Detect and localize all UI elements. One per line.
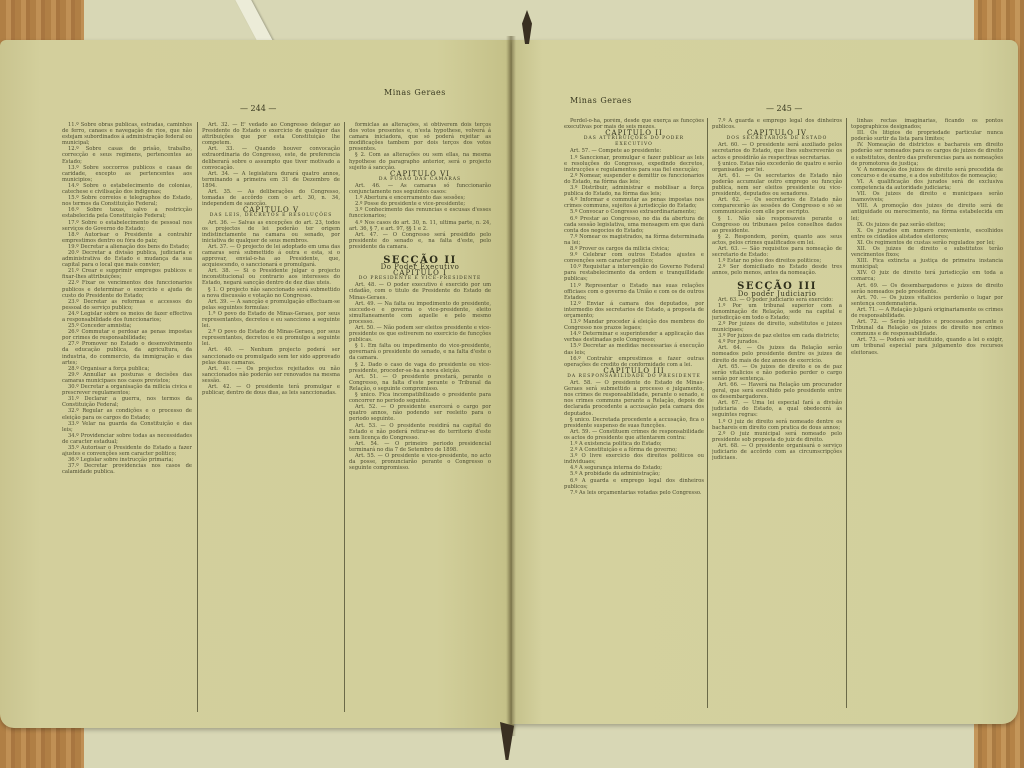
paragraph: Art. 35. — As deliberações do Congresso,… — [202, 189, 340, 207]
paragraph: 35.º Autorisar o Presidente do Estado a … — [62, 445, 192, 457]
paragraph: 5.º Convocar o Congresso extraordinariam… — [564, 209, 704, 215]
paragraph: 26.º Commutar e perdoar as penas imposta… — [62, 329, 192, 341]
paragraph: 31.º Declarar a guerra, nos termos da Co… — [62, 396, 192, 408]
paragraph: Art. 62. — Os secretarios de Estado não … — [712, 197, 842, 215]
paragraph: 3.º O livre exercicio dos direitos polit… — [564, 453, 704, 465]
paragraph: Art. 54. — O primeiro periodo presidenci… — [349, 441, 491, 453]
paragraph: 24.º Legislar sobre os meios de fazer ef… — [62, 311, 192, 323]
paragraph: 2.º Ser domiciliado no Estado desde tres… — [712, 264, 842, 276]
paragraph: X. Os jurados em numero conveniente, esc… — [851, 228, 1003, 240]
paragraph: 29.º Annullar as posturas e decisões das… — [62, 372, 192, 384]
paragraph: 12.º Enviar á camara dos deputados, por … — [564, 301, 704, 319]
column-paragraphs: Art. 63. — O poder judiciario será exerc… — [712, 297, 842, 462]
column-rule — [846, 118, 847, 708]
paragraph: Art. 37. — O projecto de lei adoptado em… — [202, 244, 340, 268]
paragraph: Art. 55. — O presidente e vice-president… — [349, 453, 491, 471]
column-paragraphs: Art. 60. — O presidente será auxiliado p… — [712, 142, 842, 276]
folio-right: — 245 — — [766, 104, 802, 113]
paragraph: 27.º Promover no Estado o desenvolviment… — [62, 341, 192, 365]
paragraph: Art. 50. — Não podem ser eleitos preside… — [349, 325, 491, 343]
paragraph: formiclas as alterações, si obtiverem do… — [349, 122, 491, 152]
paragraph: 3.º Distribuir, administrar e mobilisar … — [564, 185, 704, 197]
paragraph: 15.º Sobre correios e telegraphos do Est… — [62, 195, 192, 207]
column-paragraphs: Art. 58. — O presidente do Estado de Min… — [564, 380, 704, 496]
column-paragraphs: Art. 46. — As camaras só funccionarão co… — [349, 183, 491, 250]
paragraph: XII. Os juizes de direito e substitutos … — [851, 246, 1003, 258]
column-paragraphs: linhas rectas imaginarias, ficando os po… — [851, 118, 1003, 356]
paragraph: IV. Nomeação de districtos e bachareis e… — [851, 142, 1003, 166]
paragraph: § 2. Respondem, porém, quanto aos seus a… — [712, 234, 842, 246]
right-page-column-2: 7.º A guarda e emprego legal dos dinheir… — [712, 118, 842, 718]
paragraph: Art. 42. — O presidente terá promulgar e… — [202, 384, 340, 396]
paragraph: V. A nomeação dos juizes de direito será… — [851, 167, 1003, 179]
paragraph: § 1. O projecto não sanccionado será sub… — [202, 287, 340, 299]
paragraph: 10.º Requisitar a intervenção do Governo… — [564, 264, 704, 282]
paragraph: Art. 34. — A legislatura durará quatro a… — [202, 171, 340, 189]
paragraph: Art. 60. — O presidente será auxiliado p… — [712, 142, 842, 160]
paragraph: Art. 63. — São requisitos para nomeação … — [712, 246, 842, 258]
right-page-column-1: Perdel-o-ha, porém, desde que exerça as … — [564, 118, 704, 718]
paragraph: 13.º Sobre soccorros publicos e casas de… — [62, 165, 192, 183]
column-rule — [197, 122, 198, 712]
paragraph: Art. 66. — Haverá na Relação um procurad… — [712, 382, 842, 400]
paragraph: 11.º Representar o Estado nas suas relaç… — [564, 283, 704, 301]
paragraph: 1.º Por um tribunal superior com a denom… — [712, 303, 842, 321]
paragraph: Art. 41. — Os projectos rejeitados ou nã… — [202, 366, 340, 384]
paragraph: Art. 61. — Os secretarios de Estado não … — [712, 173, 842, 197]
paragraph: Art. 70. — Os juizes vitalicios perderão… — [851, 295, 1003, 307]
paragraph: Art. 58. — O presidente do Estado de Min… — [564, 380, 704, 417]
column-paragraphs: Art. 36. — Salvas as excepções do art. 2… — [202, 220, 340, 397]
paragraph: 17.º Sobre o estabelecimento de pessoal … — [62, 220, 192, 232]
paragraph: Art. 40. — Nenhum projecto poderá ser sa… — [202, 347, 340, 365]
paragraph: XIV. O juiz de direito terá jurisdicção … — [851, 270, 1003, 282]
paragraph: Art. 39. — A sancção e promulgação effec… — [202, 299, 340, 311]
paragraph: 13.º Mandar proceder á eleição dos membr… — [564, 319, 704, 331]
paragraph: Art. 36. — Salvas as excepções do art. 2… — [202, 220, 340, 244]
paragraph: 21.º Crear e supprimir empregos publicos… — [62, 268, 192, 280]
paragraph: 4.º Nos casos do art. 30, n. 11, ultima … — [349, 220, 491, 232]
chapter-subheading: DAS LEIS, DECRETOS E RESOLUÇÕES — [202, 213, 340, 219]
paragraph: Art. 64. — Os juizes da Relação serão no… — [712, 345, 842, 363]
paragraph: 6.º Prestar ao Congresso, no dia da aber… — [564, 216, 704, 234]
paragraph: § unico. Estas não excederão de quatro e… — [712, 161, 842, 173]
paragraph: 14.º Determinar e superintender a applic… — [564, 331, 704, 343]
column-rule — [344, 122, 345, 712]
paragraph: 9.º Celebrar com outros Estados ajustes … — [564, 252, 704, 264]
left-page-column-3: formiclas as alterações, si obtiverem do… — [349, 122, 491, 722]
right-page-column-3: linhas rectas imaginarias, ficando os po… — [851, 118, 1003, 718]
paragraph: 20.º Decretar a divisão publica, judicia… — [62, 250, 192, 268]
paragraph: VI. A qualificação dos jurados será de e… — [851, 179, 1003, 191]
paragraph: 2.º Nomear, suspender e demittir os func… — [564, 173, 704, 185]
paragraph: XIII. Fica extincta a justiça de primeir… — [851, 258, 1003, 270]
paragraph: Art. 65. — Os juizes de direito e os de … — [712, 364, 842, 382]
right-page: Minas Geraes — 245 — Perdel-o-ha, porém,… — [512, 40, 1018, 724]
paragraph: 1.ª O povo do Estado de Minas-Geraes, po… — [202, 311, 340, 329]
paragraph: 37.º Decretar providencias nos casos de … — [62, 463, 192, 475]
paragraph: Art. 48. — O poder executivo é exercido … — [349, 282, 491, 300]
paragraph: Art. 33. — Quando houver convocação extr… — [202, 146, 340, 170]
paragraph: § 1. Em falta ou impedimento do vice-pre… — [349, 343, 491, 361]
column-paragraphs: 11.º Sobre obras publicas, estradas, cam… — [62, 122, 192, 475]
paragraph: § unico. Decretada procedente a accusaçã… — [564, 417, 704, 429]
paragraph: Art. 72. — Serão julgados e processados … — [851, 319, 1003, 337]
paragraph: linhas rectas imaginarias, ficando os po… — [851, 118, 1003, 130]
paragraph: Art. 59. — Constituem crimes de responsa… — [564, 429, 704, 441]
paragraph: 11.º Sobre obras publicas, estradas, cam… — [62, 122, 192, 146]
paragraph: 18.º Autorisar o Presidente a contrahir … — [62, 232, 192, 244]
column-paragraphs: Art. 48. — O poder executivo é exercido … — [349, 282, 491, 471]
paragraph: Art. 51. — O presidente prestará, perant… — [349, 374, 491, 392]
paragraph: Art. 52. — O presidente exercerá o cargo… — [349, 404, 491, 422]
paragraph: 2.ª O povo do Estado de Minas-Geraes, po… — [202, 329, 340, 347]
column-paragraphs: Art. 57. — Compete ao presidente:1.º San… — [564, 148, 704, 367]
paragraph: Art. 68. — O presidente organisará o ser… — [712, 443, 842, 461]
paragraph: 30.º Decretar a organisação da milicia c… — [62, 384, 192, 396]
paragraph: 2.º O juiz municipal será nomeado pelo p… — [712, 431, 842, 443]
chapter-subheading: DAS ATTRIBUIÇÕES DO PODER EXECUTIVO — [564, 136, 704, 148]
paragraph: § unico. Fica incompatibilizado o presid… — [349, 392, 491, 404]
paragraph: 4.º Informar e commutar as penas imposta… — [564, 197, 704, 209]
folio-left: — 244 — — [240, 104, 276, 113]
paragraph: 1.º O juiz de direito será nomeado dentr… — [712, 419, 842, 431]
paragraph: Art. 38. — Si o Presidente julgar o proj… — [202, 268, 340, 286]
paragraph: VIII. A promoção dos juizes de direito s… — [851, 203, 1003, 221]
paragraph: 22.º Fixar os vencimentos dos funccionar… — [62, 280, 192, 298]
column-paragraphs: formiclas as alterações, si obtiverem do… — [349, 122, 491, 171]
paragraph: Art. 46. — As camaras só funccionarão co… — [349, 183, 491, 195]
left-page-column-1: 11.º Sobre obras publicas, estradas, cam… — [62, 122, 192, 722]
paragraph: Art. 71. — A Relação julgará originariam… — [851, 307, 1003, 319]
running-head-right: Minas Geraes — [570, 96, 632, 105]
paragraph: 23.º Decretar as reformas e accessos do … — [62, 299, 192, 311]
paragraph: 14.º Sobre o estabelecimento de colonias… — [62, 183, 192, 195]
paragraph: 7.º Nomear os magistrados, na fórma dete… — [564, 234, 704, 246]
paragraph: 6.º A guarda e emprego legal dos dinheir… — [564, 478, 704, 490]
paragraph: Art. 69. — Os desembargadores e juizes d… — [851, 283, 1003, 295]
paragraph: VII. Os juizes de direito e municipaes s… — [851, 191, 1003, 203]
paragraph: 1.º Sanccionar, promulgar e fazer public… — [564, 155, 704, 173]
paragraph: § 2. Dado o caso de vaga do presidente o… — [349, 362, 491, 374]
paragraph: Art. 73. — Poderá ser instituido, quando… — [851, 337, 1003, 355]
paragraph: 12.º Sobre casas de prisão, trabalho, co… — [62, 146, 192, 164]
left-page: Minas Geraes — 244 — 11.º Sobre obras pu… — [0, 40, 514, 728]
left-page-column-2: Art. 32. — E' vedado ao Congresso delega… — [202, 122, 340, 722]
paragraph: 15.º Decretar as medidas necessarias á e… — [564, 343, 704, 355]
column-rule — [707, 118, 708, 708]
paragraph: 3.º Conhecimento das renuncias e escusas… — [349, 207, 491, 219]
paragraph: § 1. Não são responsaveis perante o Cong… — [712, 216, 842, 234]
paragraph: 32.º Regular as condições e o processo d… — [62, 408, 192, 420]
paragraph: § 2. Com as alterações ou sem ellas, na … — [349, 152, 491, 170]
paragraph: Art. 47. — O Congresso será presidido pe… — [349, 232, 491, 250]
paragraph: Art. 63. — O poder judiciario será exerc… — [712, 297, 842, 303]
paragraph: Art. 49. — Na falta ou impedimento do pr… — [349, 301, 491, 325]
book-gutter — [506, 36, 516, 736]
paragraph: Art. 67. — Uma lei especial fará a divis… — [712, 400, 842, 418]
paragraph: 33.º Velar na guarda da Constituição e d… — [62, 421, 192, 433]
column-paragraphs: Art. 32. — E' vedado ao Congresso delega… — [202, 122, 340, 207]
paragraph: III. Os litigios de propriedade particul… — [851, 130, 1003, 142]
paragraph: Art. 32. — E' vedado ao Congresso delega… — [202, 122, 340, 146]
paragraph: 7.º As leis orçamentarias votadas pelo C… — [564, 490, 704, 496]
paragraph: 2.º Por juizes de direito, substitutos e… — [712, 321, 842, 333]
running-head-left: Minas Geraes — [384, 88, 446, 97]
paragraph: 34.º Providenciar sobre todas as necessi… — [62, 433, 192, 445]
paragraph: Art. 53. — O presidente residirá na capi… — [349, 423, 491, 441]
paragraph: 16.º Sobre taxas, salvo a restricção est… — [62, 207, 192, 219]
